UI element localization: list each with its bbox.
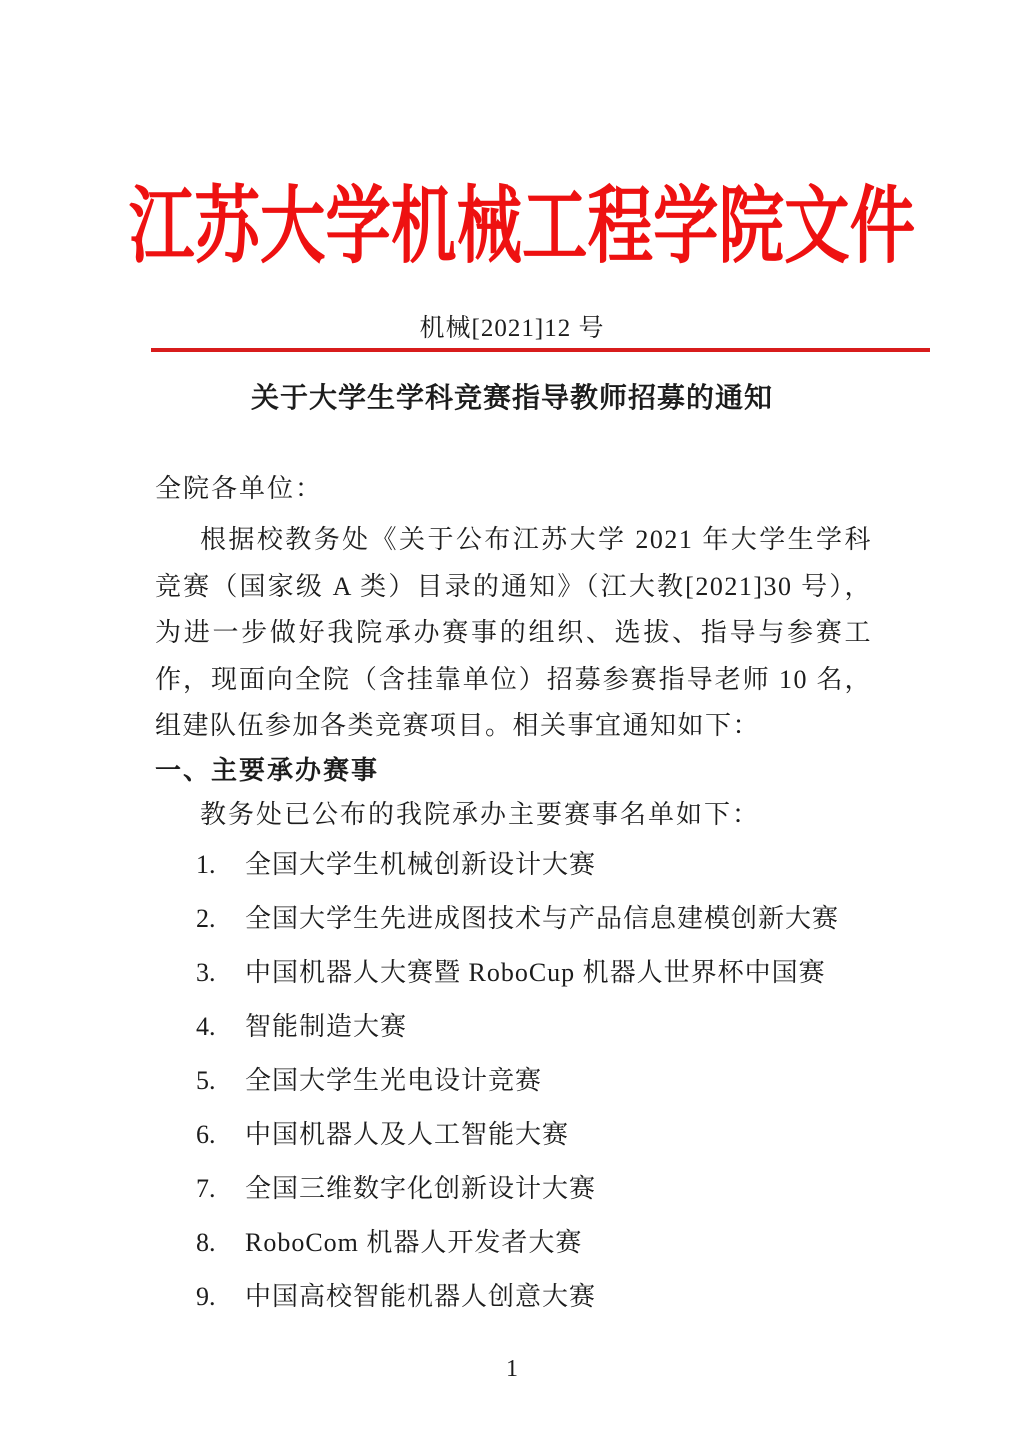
- page-number: 1: [0, 1356, 1024, 1383]
- list-item: 6. 中国机器人及人工智能大赛: [196, 1112, 896, 1159]
- list-item-number: 5.: [196, 1058, 245, 1105]
- section-heading-main-events: 一、主要承办赛事: [155, 748, 379, 795]
- doc-number: 机械[2021]12 号: [0, 308, 1024, 344]
- list-item: 7. 全国三维数字化创新设计大赛: [196, 1166, 896, 1213]
- list-item: 4. 智能制造大赛: [196, 1004, 896, 1051]
- document-page: 江苏大学机械工程学院文件 机械[2021]12 号 关于大学生学科竞赛指导教师招…: [0, 0, 1024, 1449]
- events-list: 1. 全国大学生机械创新设计大赛 2. 全国大学生先进成图技术与产品信息建模创新…: [196, 842, 896, 1328]
- list-item-number: 9.: [196, 1274, 245, 1321]
- list-item: 5. 全国大学生光电设计竞赛: [196, 1058, 896, 1105]
- list-item-text: 中国机器人及人工智能大赛: [245, 1112, 569, 1159]
- list-item-text: 中国机器人大赛暨 RoboCup 机器人世界杯中国赛: [245, 950, 826, 997]
- doc-title: 关于大学生学科竞赛指导教师招募的通知: [0, 376, 1024, 416]
- salutation: 全院各单位：: [155, 468, 323, 505]
- list-item-text: 全国大学生先进成图技术与产品信息建模创新大赛: [245, 896, 839, 943]
- list-item-text: 智能制造大赛: [245, 1004, 407, 1051]
- list-item-text: 中国高校智能机器人创意大赛: [245, 1274, 596, 1321]
- red-separator-line: [151, 348, 930, 352]
- list-item: 1. 全国大学生机械创新设计大赛: [196, 842, 896, 889]
- list-item: 2. 全国大学生先进成图技术与产品信息建模创新大赛: [196, 896, 896, 943]
- list-item-text: 全国三维数字化创新设计大赛: [245, 1166, 596, 1213]
- list-item: 8. RoboCom 机器人开发者大赛: [196, 1220, 896, 1267]
- list-item-number: 4.: [196, 1004, 245, 1051]
- list-item-text: 全国大学生机械创新设计大赛: [245, 842, 596, 889]
- intro-paragraph: 根据校教务处《关于公布江苏大学 2021 年大学生学科竞赛（国家级 A 类）目录…: [155, 517, 872, 750]
- list-item-number: 3.: [196, 950, 245, 997]
- list-item-number: 8.: [196, 1220, 245, 1267]
- list-item: 9. 中国高校智能机器人创意大赛: [196, 1274, 896, 1321]
- list-item-number: 2.: [196, 896, 245, 943]
- department-header-title: 江苏大学机械工程学院文件: [123, 178, 922, 279]
- list-item-number: 1.: [196, 842, 245, 889]
- section-intro: 教务处已公布的我院承办主要赛事名单如下：: [200, 792, 760, 839]
- list-item-number: 7.: [196, 1166, 245, 1213]
- list-item: 3. 中国机器人大赛暨 RoboCup 机器人世界杯中国赛: [196, 950, 896, 997]
- list-item-text: RoboCom 机器人开发者大赛: [245, 1220, 582, 1267]
- list-item-number: 6.: [196, 1112, 245, 1159]
- list-item-text: 全国大学生光电设计竞赛: [245, 1058, 542, 1105]
